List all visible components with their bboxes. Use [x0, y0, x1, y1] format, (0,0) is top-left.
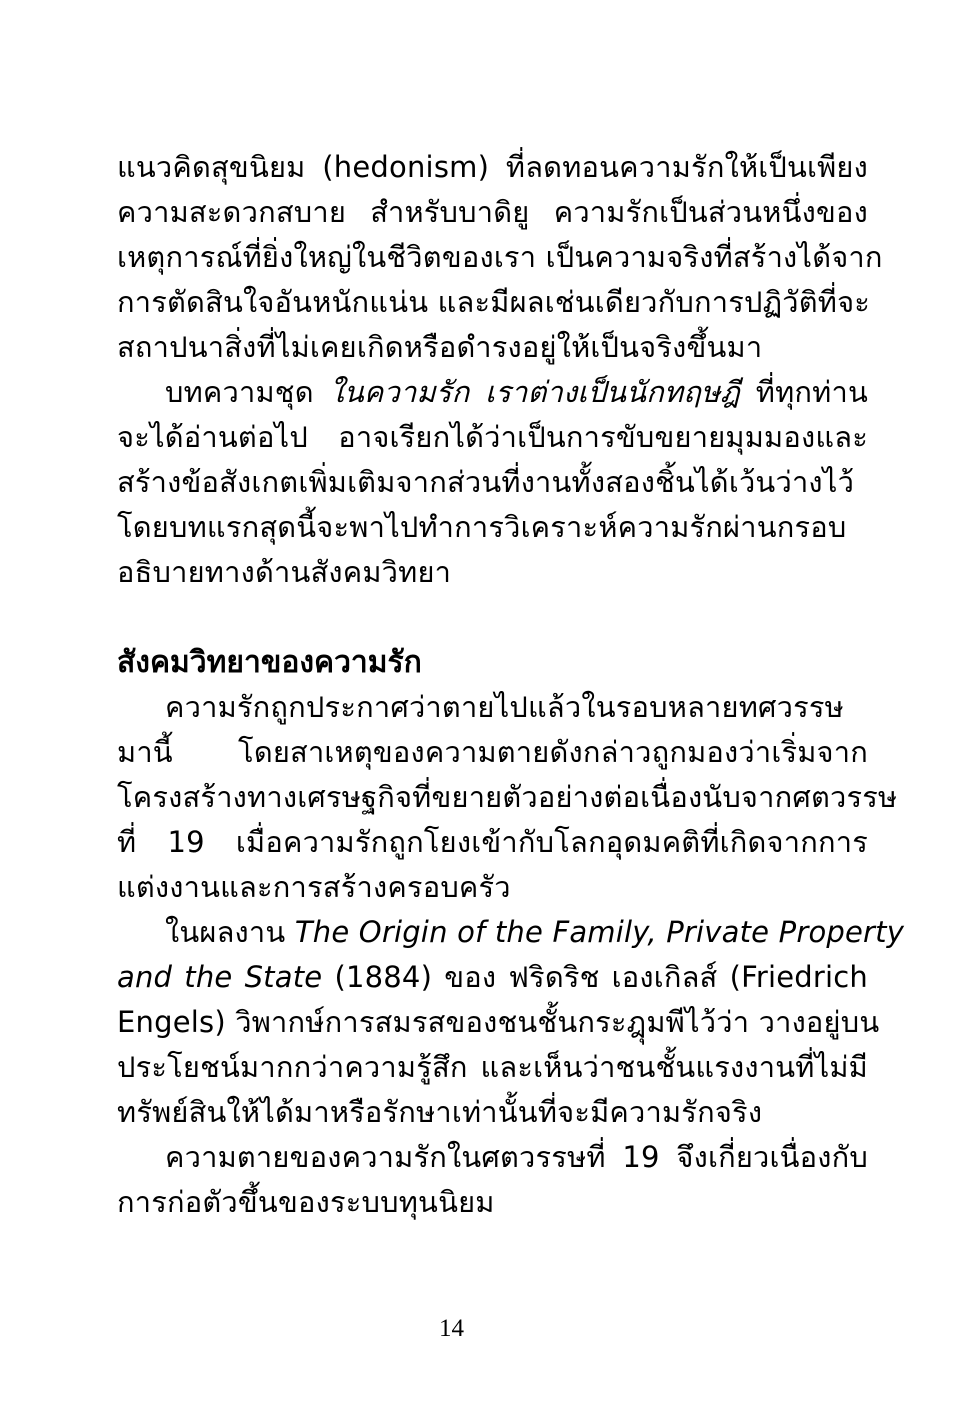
page-body: แนวคิดสุขนิยม (hedonism) ที่ลดทอนความรัก… [117, 145, 868, 1225]
text-segment: อธิบายทางด้านสังคมวิทยา [117, 555, 451, 589]
text-line: Engels) วิพากษ์การสมรสของชนชั้นกระฎุมพีไ… [117, 1000, 868, 1045]
page-number: 14 [0, 1314, 903, 1344]
text-segment: เหตุการณ์ที่ยิ่งใหญ่ในชีวิตของเรา เป็นคว… [117, 240, 883, 274]
text-line: การตัดสินใจอันหนักแน่น และมีผลเช่นเดียวก… [117, 280, 868, 325]
text-segment: มานี้ โดยสาเหตุของความตายดังกล่าวถูกมองว… [117, 735, 868, 769]
text-line: ความรักถูกประกาศว่าตายไปแล้วในรอบหลายทศว… [117, 685, 868, 730]
text-segment: ที่ 19 เมื่อความรักถูกโยงเข้ากับโลกอุดมค… [117, 825, 868, 859]
text-segment: ที่ทุกท่าน [740, 375, 868, 409]
text-segment: การตัดสินใจอันหนักแน่น และมีผลเช่นเดียวก… [117, 285, 870, 319]
text-line: แนวคิดสุขนิยม (hedonism) ที่ลดทอนความรัก… [117, 145, 868, 190]
text-segment: โดยบทแรกสุดนี้จะพาไปทำการวิเคราะห์ความรั… [117, 510, 847, 544]
text-line: อธิบายทางด้านสังคมวิทยา [117, 550, 868, 595]
paragraph: ความรักถูกประกาศว่าตายไปแล้วในรอบหลายทศว… [117, 685, 868, 910]
paragraph: บทความชุด ในความรัก เราต่างเป็นนักทฤษฎี … [117, 370, 868, 595]
text-line: มานี้ โดยสาเหตุของความตายดังกล่าวถูกมองว… [117, 730, 868, 775]
text-line: การก่อตัวขึ้นของระบบทุนนิยม [117, 1180, 868, 1225]
text-line: ประโยชน์มากกว่าความรู้สึก และเห็นว่าชนชั… [117, 1045, 868, 1090]
text-segment: ในผลงาน [165, 915, 295, 949]
text-line: โครงสร้างทางเศรษฐกิจที่ขยายตัวอย่างต่อเน… [117, 775, 868, 820]
text-segment: จะได้อ่านต่อไป อาจเรียกได้ว่าเป็นการขับข… [117, 420, 868, 454]
paragraph: ความตายของความรักในศตวรรษที่ 19 จึงเกี่ย… [117, 1135, 868, 1225]
section-heading: สังคมวิทยาของความรัก [117, 640, 868, 685]
italic-text-segment: and the State [117, 960, 322, 994]
text-segment: ความสะดวกสบาย สำหรับบาดิยู ความรักเป็นส่… [117, 195, 868, 229]
text-segment: ความรักถูกประกาศว่าตายไปแล้วในรอบหลายทศว… [165, 690, 844, 724]
text-segment: (1884) ของ ฟริดริช เองเกิลส์ (Friedrich [322, 960, 868, 994]
text-line: ทรัพย์สินให้ได้มาหรือรักษาเท่านั้นที่จะม… [117, 1090, 868, 1135]
text-segment: โครงสร้างทางเศรษฐกิจที่ขยายตัวอย่างต่อเน… [117, 780, 897, 814]
text-line: ความตายของความรักในศตวรรษที่ 19 จึงเกี่ย… [117, 1135, 868, 1180]
text-segment: ความตายของความรักในศตวรรษที่ 19 จึงเกี่ย… [165, 1140, 868, 1174]
text-segment: บทความชุด [165, 375, 330, 409]
text-segment: ทรัพย์สินให้ได้มาหรือรักษาเท่านั้นที่จะม… [117, 1095, 762, 1129]
text-segment: Engels) วิพากษ์การสมรสของชนชั้นกระฎุมพีไ… [117, 1005, 879, 1039]
italic-text-segment: ในความรัก เราต่างเป็นนักทฤษฎี [330, 375, 740, 409]
text-line: เหตุการณ์ที่ยิ่งใหญ่ในชีวิตของเรา เป็นคว… [117, 235, 868, 280]
text-line: โดยบทแรกสุดนี้จะพาไปทำการวิเคราะห์ความรั… [117, 505, 868, 550]
text-segment: การก่อตัวขึ้นของระบบทุนนิยม [117, 1185, 495, 1219]
paragraph: ในผลงาน The Origin of the Family, Privat… [117, 910, 868, 1135]
paragraph: แนวคิดสุขนิยม (hedonism) ที่ลดทอนความรัก… [117, 145, 868, 370]
text-line: ที่ 19 เมื่อความรักถูกโยงเข้ากับโลกอุดมค… [117, 820, 868, 865]
italic-text-segment: The Origin of the Family, Private Proper… [295, 915, 904, 949]
text-line: ความสะดวกสบาย สำหรับบาดิยู ความรักเป็นส่… [117, 190, 868, 235]
text-line: สถาปนาสิ่งที่ไม่เคยเกิดหรือดำรงอยู่ให้เป… [117, 325, 868, 370]
book-page: แนวคิดสุขนิยม (hedonism) ที่ลดทอนความรัก… [0, 0, 967, 1407]
text-line: บทความชุด ในความรัก เราต่างเป็นนักทฤษฎี … [117, 370, 868, 415]
text-line: แต่งงานและการสร้างครอบครัว [117, 865, 868, 910]
text-line: สร้างข้อสังเกตเพิ่มเติมจากส่วนที่งานทั้ง… [117, 460, 868, 505]
text-segment: แนวคิดสุขนิยม (hedonism) ที่ลดทอนความรัก… [117, 150, 868, 184]
text-segment: ประโยชน์มากกว่าความรู้สึก และเห็นว่าชนชั… [117, 1050, 868, 1084]
text-line: ในผลงาน The Origin of the Family, Privat… [117, 910, 868, 955]
text-line: and the State (1884) ของ ฟริดริช เองเกิล… [117, 955, 868, 1000]
text-line: จะได้อ่านต่อไป อาจเรียกได้ว่าเป็นการขับข… [117, 415, 868, 460]
text-segment: สร้างข้อสังเกตเพิ่มเติมจากส่วนที่งานทั้ง… [117, 465, 854, 499]
text-segment: สถาปนาสิ่งที่ไม่เคยเกิดหรือดำรงอยู่ให้เป… [117, 330, 762, 364]
text-segment: แต่งงานและการสร้างครอบครัว [117, 870, 511, 904]
